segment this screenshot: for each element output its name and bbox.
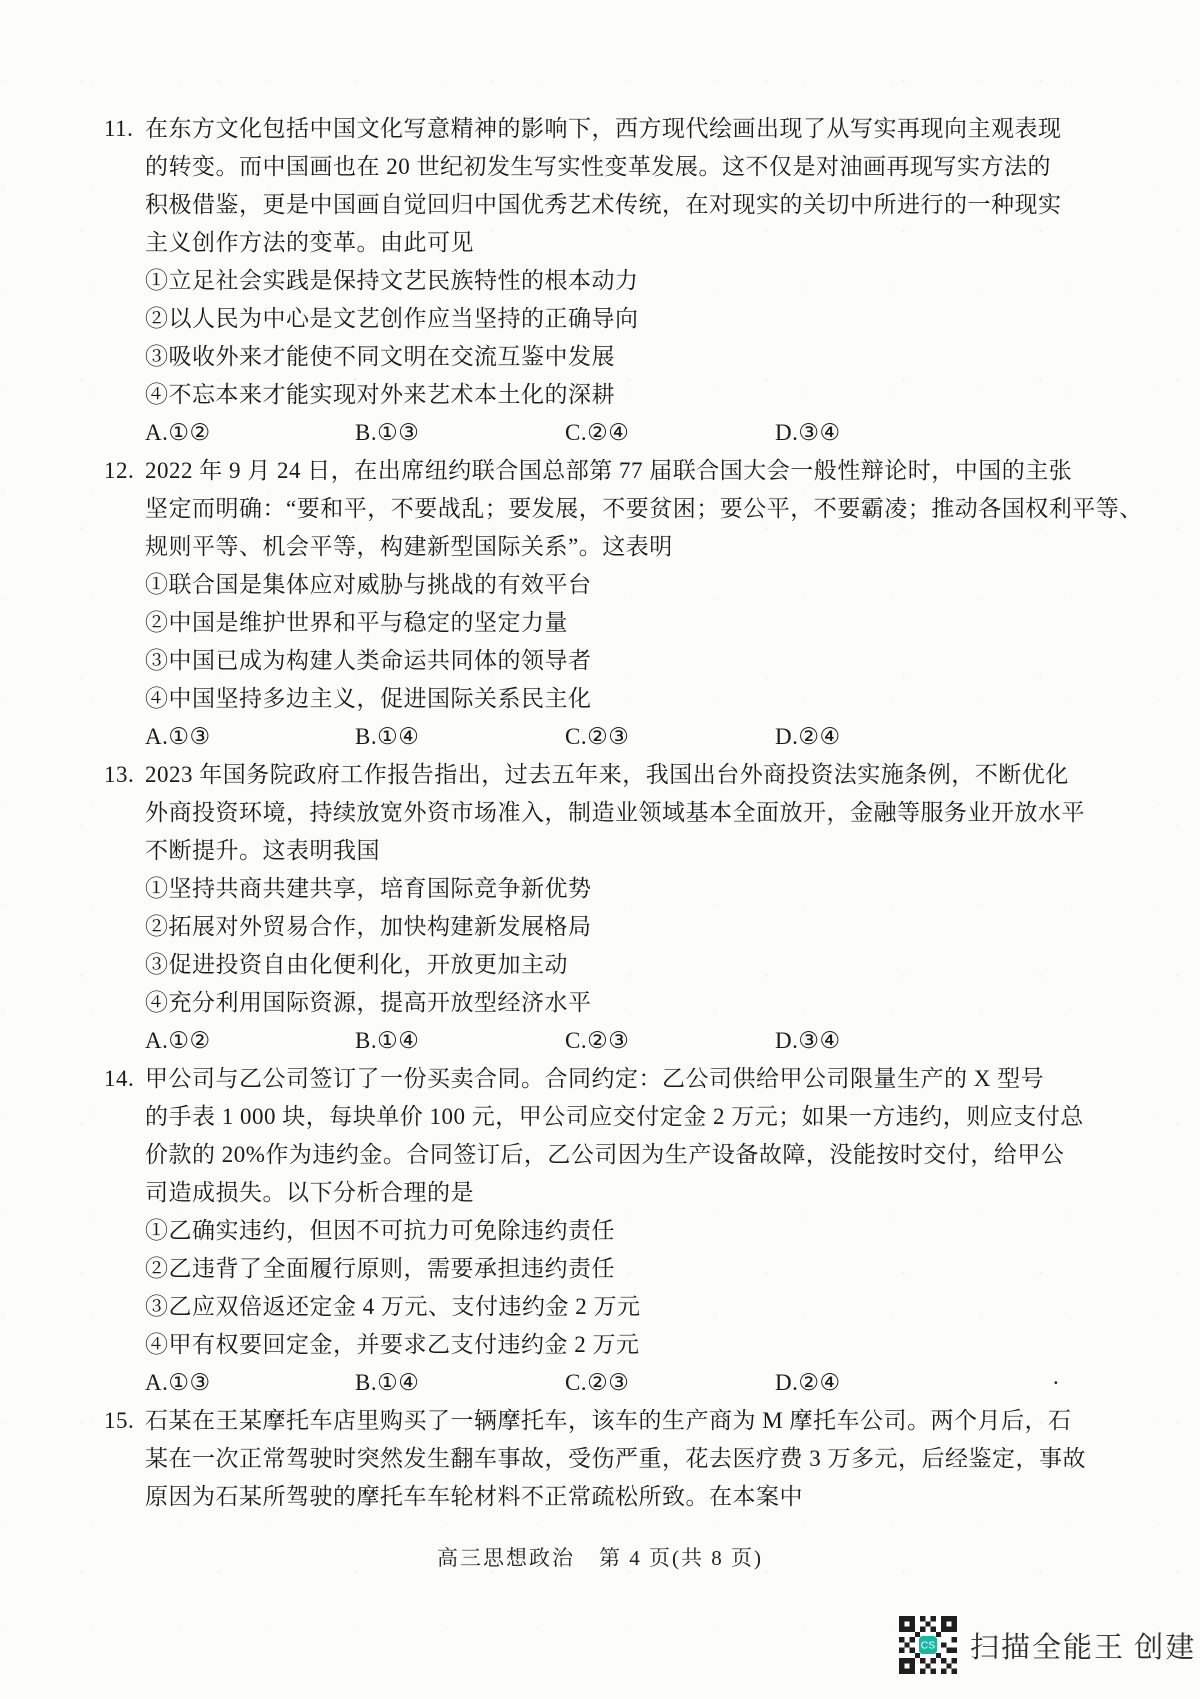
watermark-text: 扫描全能王 创建 [970,1625,1196,1666]
stem-line: 在东方文化包括中国文化写意精神的影响下，西方现代绘画出现了从写实再现向主观表现 [145,110,1145,148]
stem-line: 外商投资环境，持续放宽外资市场准入，制造业领域基本全面放开，金融等服务业开放水平 [145,794,1145,832]
stem-line: 规则平等、机会平等，构建新型国际关系”。这表明 [145,528,1145,566]
stem-line: 甲公司与乙公司签订了一份买卖合同。合同约定：乙公司供给甲公司限量生产的 X 型号 [145,1060,1145,1098]
answer-option: A.①③ [145,1364,355,1402]
stem-line: 原因为石某所驾驶的摩托车车轮材料不正常疏松所致。在本案中 [145,1478,1145,1516]
statement-item: ②乙违背了全面履行原则，需要承担违约责任 [145,1250,1145,1288]
statement-item: ①坚持共商共建共享，培育国际竞争新优势 [145,870,1145,908]
statement-item: ④中国坚持多边主义，促进国际关系民主化 [145,680,1145,718]
scanner-watermark: CS 扫描全能王 创建 [899,1616,1196,1674]
exam-page-scan: 11. 在东方文化包括中国文化写意精神的影响下，西方现代绘画出现了从写实再现向主… [0,0,1200,1699]
statement-item: ③中国已成为构建人类命运共同体的领导者 [145,642,1145,680]
answer-option: B.①④ [355,1022,565,1060]
statement-item: ③促进投资自由化便利化，开放更加主动 [145,946,1145,984]
answer-option: D.②④ [775,1364,985,1402]
question-number: 15. [104,1402,134,1440]
answer-option: C.②③ [565,1022,775,1060]
question-number: 11. [104,110,133,148]
answer-option: A.①③ [145,718,355,756]
stem-line: 2022 年 9 月 24 日，在出席纽约联合国总部第 77 届联合国大会一般性… [145,452,1145,490]
stem-line: 2023 年国务院政府工作报告指出，过去五年来，我国出台外商投资法实施条例，不断… [145,756,1145,794]
statement-item: ①联合国是集体应对威胁与挑战的有效平台 [145,566,1145,604]
questions-container: 11. 在东方文化包括中国文化写意精神的影响下，西方现代绘画出现了从写实再现向主… [145,110,1145,1516]
stem-line: 主义创作方法的变革。由此可见 [145,224,1145,262]
answer-option: C.②④ [565,414,775,452]
stem-line: 坚定而明确：“要和平，不要战乱；要发展，不要贫困；要公平，不要霸凌；推动各国权利… [145,490,1145,528]
stem-line: 积极借鉴，更是中国画自觉回归中国优秀艺术传统，在对现实的关切中所进行的一种现实 [145,186,1145,224]
statement-item: ①乙确实违约，但因不可抗力可免除违约责任 [145,1212,1145,1250]
question-11: 11. 在东方文化包括中国文化写意精神的影响下，西方现代绘画出现了从写实再现向主… [145,110,1145,452]
question-15: 15. 石某在王某摩托车店里购买了一辆摩托车，该车的生产商为 M 摩托车公司。两… [145,1402,1145,1516]
answer-option: B.①④ [355,718,565,756]
statement-item: ②拓展对外贸易合作，加快构建新发展格局 [145,908,1145,946]
answer-option: A.①② [145,1022,355,1060]
answer-options-row: A.①③B.①④C.②③D.②④ [145,718,1145,756]
answer-option: B.①④ [355,1364,565,1402]
stem-line: 的手表 1 000 块，每块单价 100 元，甲公司应交付定金 2 万元；如果一… [145,1098,1145,1136]
answer-options-row: A.①②B.①③C.②④D.③④ [145,414,1145,452]
statement-item: ①立足社会实践是保持文艺民族特性的根本动力 [145,262,1145,300]
stem-line: 司造成损失。以下分析合理的是 [145,1174,1145,1212]
statement-item: ③乙应双倍返还定金 4 万元、支付违约金 2 万元 [145,1288,1145,1326]
answer-option: D.③④ [775,1022,985,1060]
answer-options-row: A.①②B.①④C.②③D.③④ [145,1022,1145,1060]
stem-line: 价款的 20%作为违约金。合同签订后，乙公司因为生产设备故障，没能按时交付，给甲… [145,1136,1145,1174]
statement-item: ④充分利用国际资源，提高开放型经济水平 [145,984,1145,1022]
answer-option: D.③④ [775,414,985,452]
question-number: 13. [104,756,134,794]
question-number: 14. [104,1060,134,1098]
answer-option: A.①② [145,414,355,452]
statement-item: ④不忘本来才能实现对外来艺术本土化的深耕 [145,376,1145,414]
answer-option: C.②③ [565,718,775,756]
answer-options-row: A.①③B.①④C.②③D.②④. [145,1364,1145,1402]
footer-course-title: 高三思想政治 [437,1546,575,1570]
stem-line: 的转变。而中国画也在 20 世纪初发生写实性变革发展。这不仅是对油画再现写实方法… [145,148,1145,186]
answer-option: D.②④ [775,718,985,756]
stem-line: 某在一次正常驾驶时突然发生翻车事故，受伤严重，花去医疗费 3 万多元，后经鉴定，… [145,1440,1145,1478]
question-13: 13. 2023 年国务院政府工作报告指出，过去五年来，我国出台外商投资法实施条… [145,756,1145,1060]
statement-item: ②以人民为中心是文艺创作应当坚持的正确导向 [145,300,1145,338]
qr-code-icon: CS [899,1616,957,1674]
statement-item: ④甲有权要回定金，并要求乙支付违约金 2 万元 [145,1326,1145,1364]
question-12: 12. 2022 年 9 月 24 日，在出席纽约联合国总部第 77 届联合国大… [145,452,1145,756]
stem-line: 石某在王某摩托车店里购买了一辆摩托车，该车的生产商为 M 摩托车公司。两个月后，… [145,1402,1145,1440]
answer-option: B.①③ [355,414,565,452]
page-footer: 高三思想政治第 4 页(共 8 页) [0,1543,1200,1573]
stray-ink-mark: . [1053,1358,1059,1396]
camscanner-logo-text: CS [921,1639,936,1651]
question-number: 12. [104,452,134,490]
footer-page-number: 第 4 页(共 8 页) [599,1546,763,1570]
question-14: 14. 甲公司与乙公司签订了一份买卖合同。合同约定：乙公司供给甲公司限量生产的 … [145,1060,1145,1402]
statement-item: ②中国是维护世界和平与稳定的坚定力量 [145,604,1145,642]
stem-line: 不断提升。这表明我国 [145,832,1145,870]
statement-item: ③吸收外来才能使不同文明在交流互鉴中发展 [145,338,1145,376]
answer-option: C.②③ [565,1364,775,1402]
